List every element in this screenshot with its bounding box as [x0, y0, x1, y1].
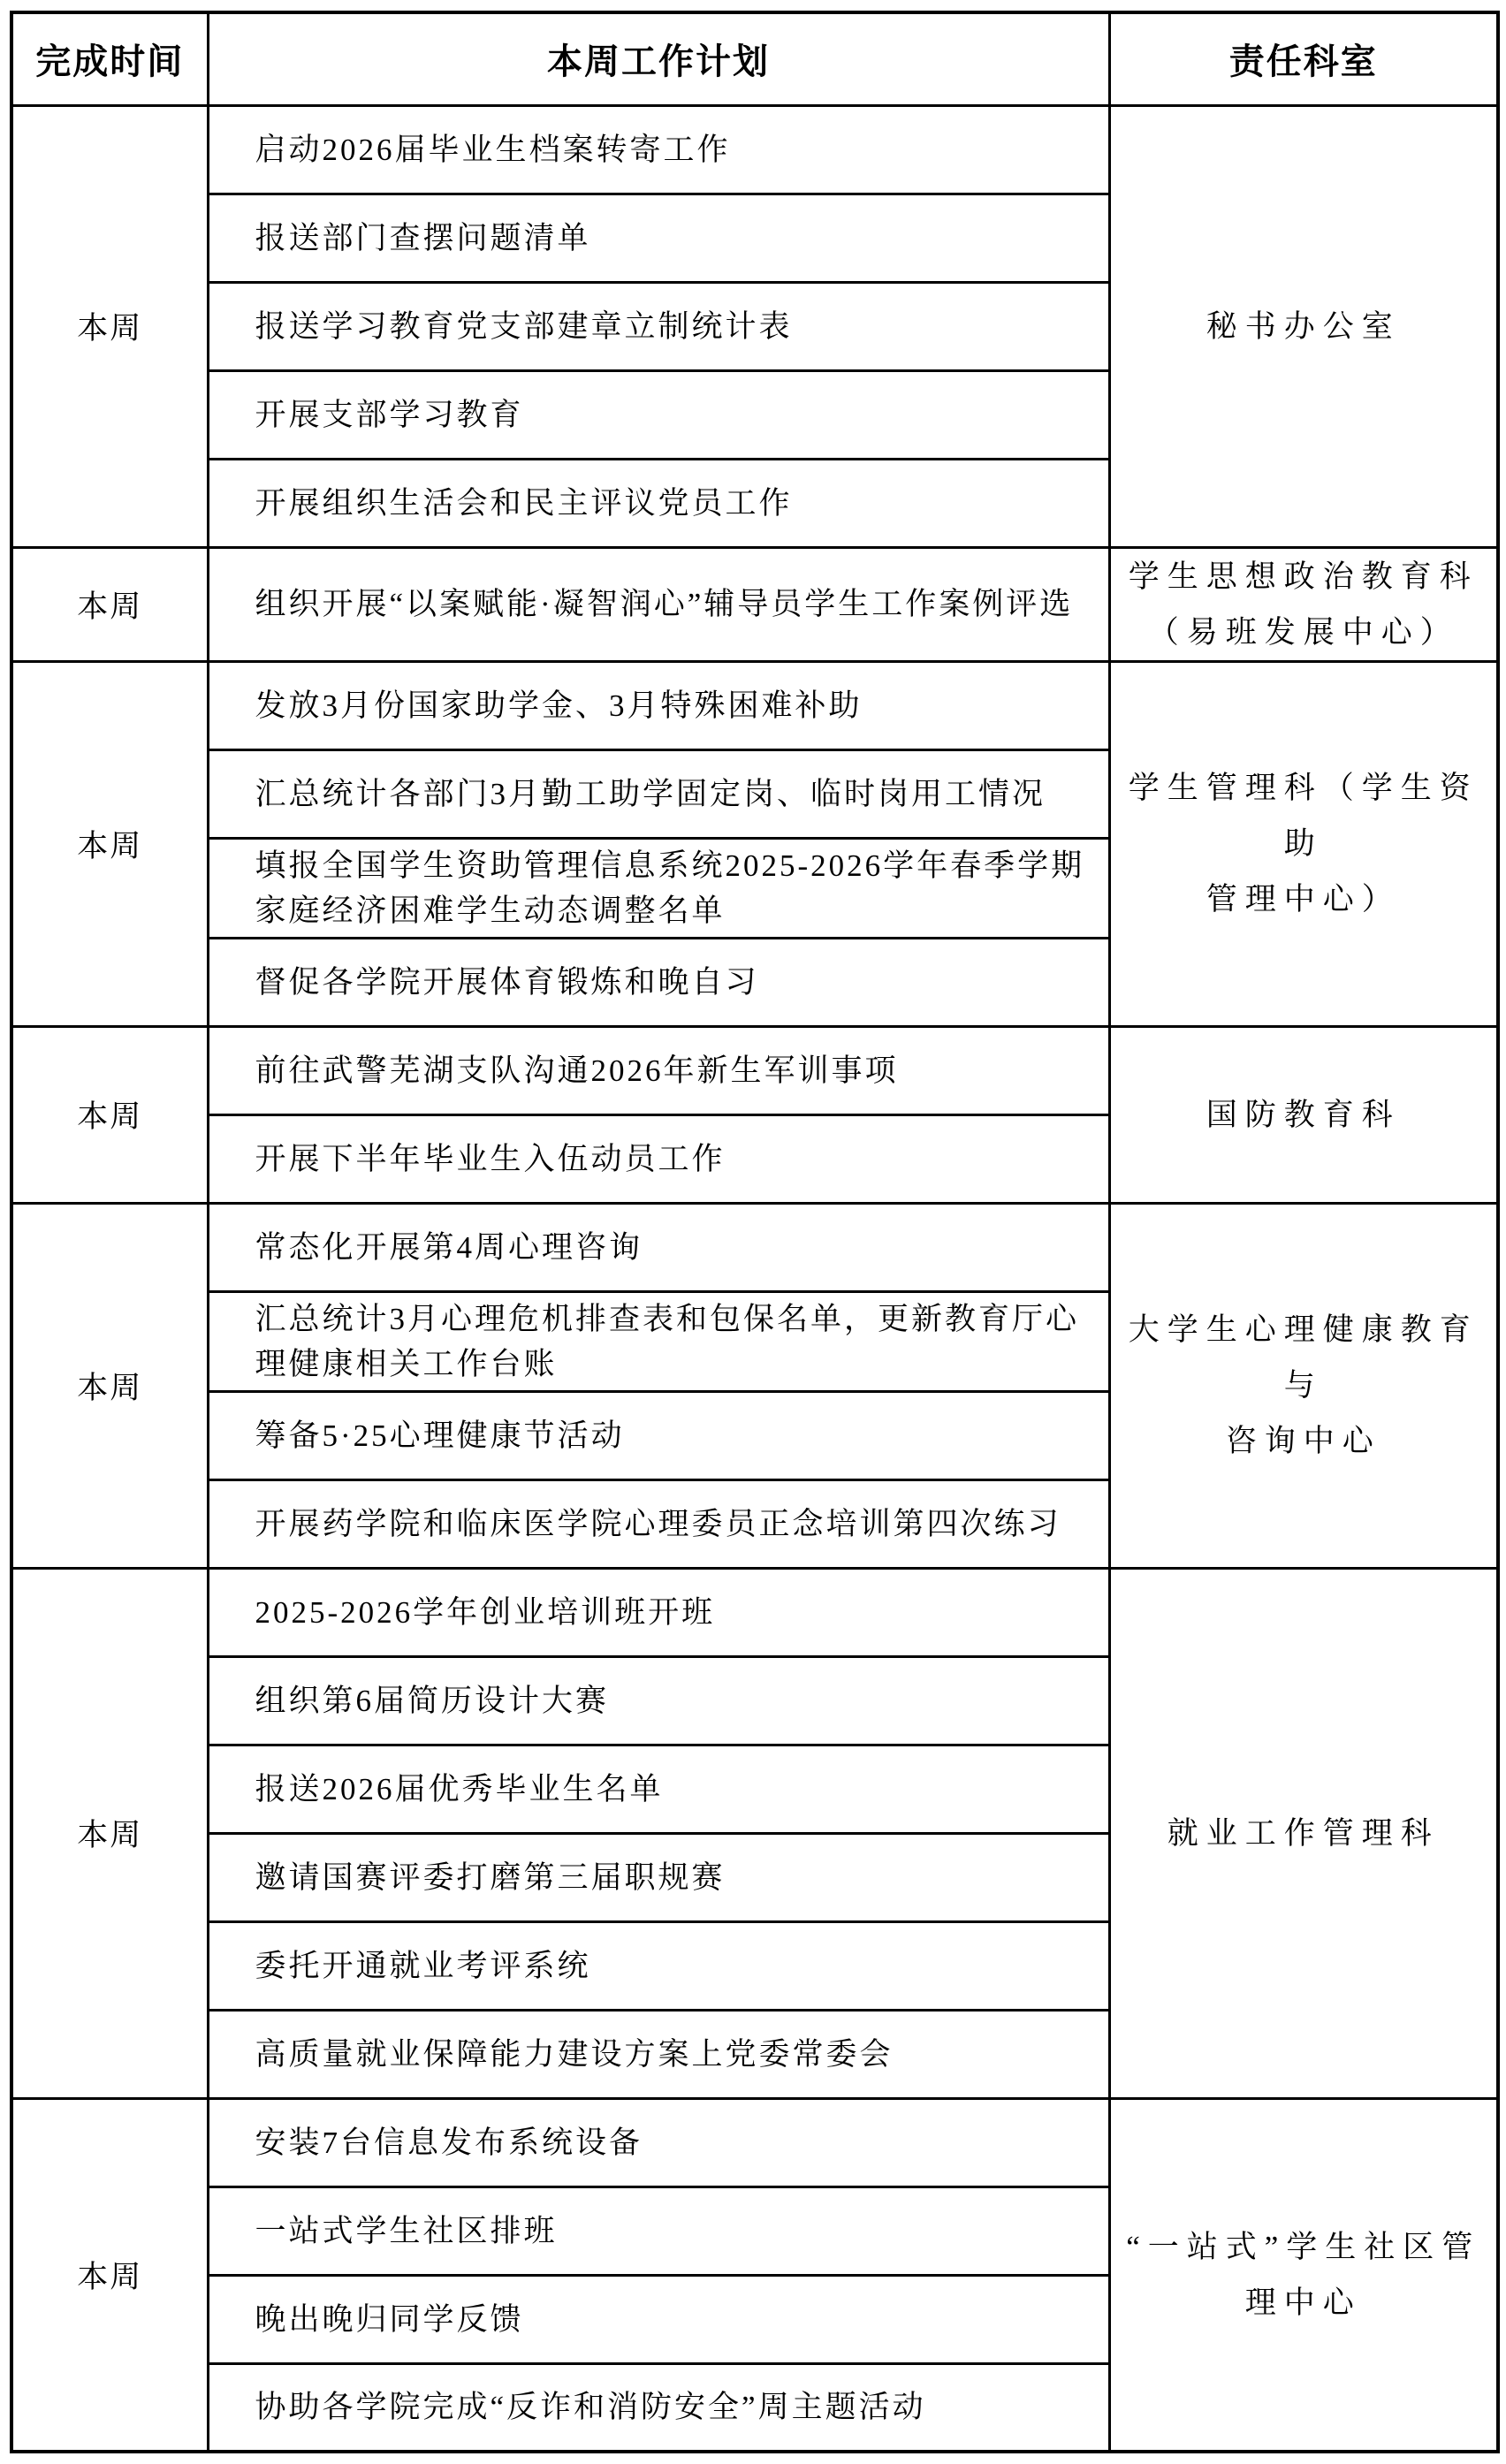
task-cell: 报送2026届优秀毕业生名单 [208, 1745, 1109, 1833]
time-cell-group-2: 本周 [11, 547, 208, 661]
task-cell: 开展组织生活会和民主评议党员工作 [208, 459, 1109, 547]
task-cell: 前往武警芜湖支队沟通2026年新生军训事项 [208, 1026, 1109, 1114]
task-cell: 汇总统计3月心理危机排查表和包保名单，更新教育厅心理健康相关工作台账 [208, 1291, 1109, 1391]
time-cell-group-5: 本周 [11, 1203, 208, 1568]
task-cell: 启动2026届毕业生档案转寄工作 [208, 105, 1109, 194]
time-cell-group-4: 本周 [11, 1026, 208, 1203]
task-cell: 开展支部学习教育 [208, 370, 1109, 459]
task-cell: 2025-2026学年创业培训班开班 [208, 1568, 1109, 1656]
task-cell: 常态化开展第4周心理咨询 [208, 1203, 1109, 1291]
table-header-row: 完成时间 本周工作计划 责任科室 [11, 12, 1498, 105]
task-cell: 汇总统计各部门3月勤工助学固定岗、临时岗用工情况 [208, 749, 1109, 838]
task-cell: 开展药学院和临床医学院心理委员正念培训第四次练习 [208, 1479, 1109, 1568]
task-cell: 开展下半年毕业生入伍动员工作 [208, 1114, 1109, 1203]
time-cell-group-3: 本周 [11, 661, 208, 1026]
time-cell-group-1: 本周 [11, 105, 208, 547]
table-row: 本周 前往武警芜湖支队沟通2026年新生军训事项 国防教育科 [11, 1026, 1498, 1114]
page: 完成时间 本周工作计划 责任科室 本周 启动2026届毕业生档案转寄工作 秘书办… [0, 0, 1506, 2464]
header-weekly-plan: 本周工作计划 [208, 12, 1109, 105]
task-cell: 组织第6届简历设计大赛 [208, 1656, 1109, 1745]
time-cell-group-7: 本周 [11, 2098, 208, 2452]
task-cell: 发放3月份国家助学金、3月特殊困难补助 [208, 661, 1109, 749]
dept-cell-group-7: “一站式”学生社区管 理中心 [1109, 2098, 1498, 2452]
task-cell: 一站式学生社区排班 [208, 2186, 1109, 2275]
task-cell: 报送部门查摆问题清单 [208, 194, 1109, 282]
task-cell: 委托开通就业考评系统 [208, 1921, 1109, 2010]
task-cell: 协助各学院完成“反诈和消防安全”周主题活动 [208, 2363, 1109, 2452]
task-cell: 安装7台信息发布系统设备 [208, 2098, 1109, 2186]
dept-cell-group-3: 学生管理科（学生资助 管理中心） [1109, 661, 1498, 1026]
table-row: 本周 发放3月份国家助学金、3月特殊困难补助 学生管理科（学生资助 管理中心） [11, 661, 1498, 749]
task-cell: 填报全国学生资助管理信息系统2025-2026学年春季学期家庭经济困难学生动态调… [208, 838, 1109, 938]
header-responsible-dept: 责任科室 [1109, 12, 1498, 105]
time-cell-group-6: 本周 [11, 1568, 208, 2098]
task-cell: 邀请国赛评委打磨第三届职规赛 [208, 1833, 1109, 1921]
table-row: 本周 2025-2026学年创业培训班开班 就业工作管理科 [11, 1568, 1498, 1656]
task-cell: 晚出晚归同学反馈 [208, 2275, 1109, 2363]
dept-cell-group-4: 国防教育科 [1109, 1026, 1498, 1203]
table-row: 本周 常态化开展第4周心理咨询 大学生心理健康教育与 咨询中心 [11, 1203, 1498, 1291]
task-cell: 督促各学院开展体育锻炼和晚自习 [208, 938, 1109, 1026]
task-cell: 组织开展“以案赋能·凝智润心”辅导员学生工作案例评选 [208, 547, 1109, 661]
weekly-plan-table: 完成时间 本周工作计划 责任科室 本周 启动2026届毕业生档案转寄工作 秘书办… [10, 11, 1500, 2453]
table-row: 本周 安装7台信息发布系统设备 “一站式”学生社区管 理中心 [11, 2098, 1498, 2186]
task-cell: 报送学习教育党支部建章立制统计表 [208, 282, 1109, 370]
dept-cell-group-5: 大学生心理健康教育与 咨询中心 [1109, 1203, 1498, 1568]
table-row: 本周 启动2026届毕业生档案转寄工作 秘书办公室 [11, 105, 1498, 194]
header-completion-time: 完成时间 [11, 12, 208, 105]
dept-cell-group-6: 就业工作管理科 [1109, 1568, 1498, 2098]
task-cell: 高质量就业保障能力建设方案上党委常委会 [208, 2010, 1109, 2098]
dept-cell-group-2: 学生思想政治教育科 （易班发展中心） [1109, 547, 1498, 661]
task-cell: 筹备5·25心理健康节活动 [208, 1391, 1109, 1479]
table-row: 本周 组织开展“以案赋能·凝智润心”辅导员学生工作案例评选 学生思想政治教育科 … [11, 547, 1498, 661]
dept-cell-group-1: 秘书办公室 [1109, 105, 1498, 547]
